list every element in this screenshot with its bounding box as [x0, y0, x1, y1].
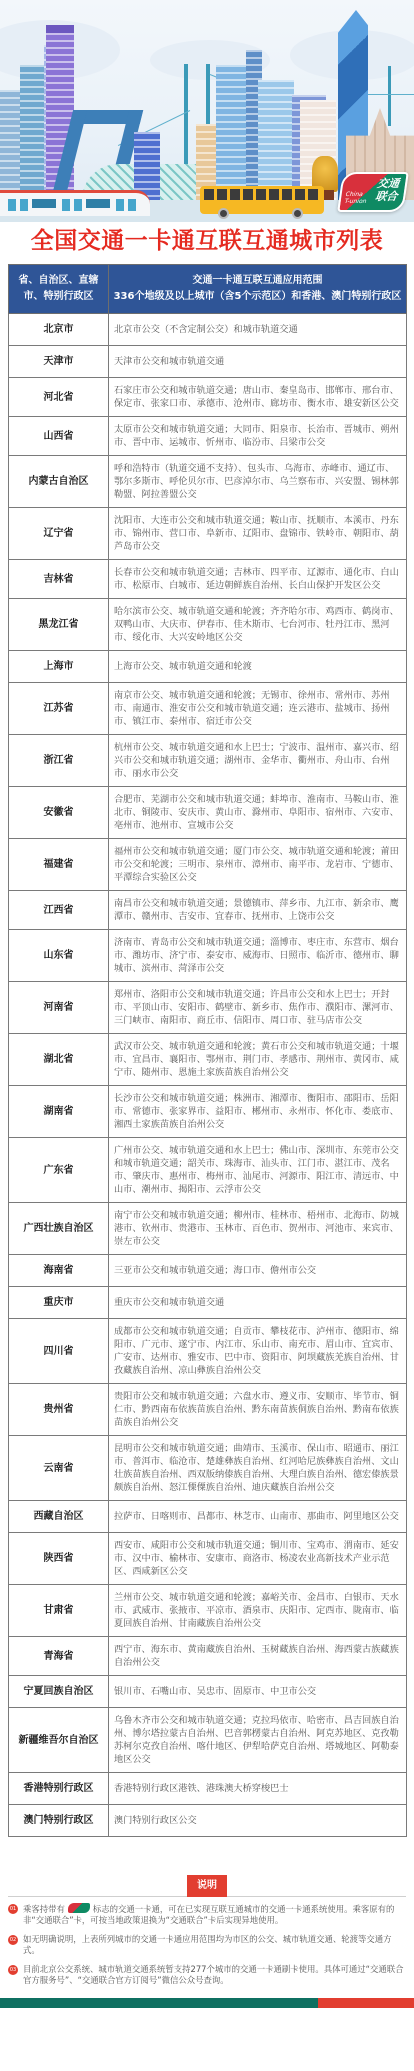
province-cell: 福建省	[9, 839, 109, 891]
logo-chinese-text: 交通 联合	[374, 177, 400, 203]
table-row: 吉林省长春市公交和城市轨道交通；吉林市、四平市、辽源市、通化市、白山市、松原市、…	[9, 560, 407, 599]
header-scope: 交通一卡通互联互通应用范围 336个地级及以上城市（含5个示范区）和香港、澳门特…	[109, 265, 407, 314]
scope-cell: 上海市公交、城市轨道交通和轮渡	[109, 651, 407, 683]
bridge-cable	[360, 94, 414, 95]
scope-cell: 合肥市、芜湖市公交和城市轨道交通；蚌埠市、淮南市、马鞍山市、淮北市、铜陵市、安庆…	[109, 787, 407, 839]
scope-cell: 南宁市公交和城市轨道交通；柳州市、桂林市、梧州市、北海市、防城港市、钦州市、贵港…	[109, 1203, 407, 1255]
province-cell: 新疆维吾尔自治区	[9, 1708, 109, 1773]
province-cell: 甘肃省	[9, 1585, 109, 1637]
scope-cell: 香港特别行政区港铁、港珠澳大桥穿梭巴士	[109, 1773, 407, 1805]
note-text: 乘客持带有标志的交通一卡通，可在已实现互联互通城市的交通一卡通系统使用。乘客原有…	[23, 1903, 406, 1926]
scope-cell: 乌鲁木齐市公交和城市轨道交通；克拉玛依市、哈密市、昌吉回族自治州、博尔塔拉蒙古自…	[109, 1708, 407, 1773]
province-cell: 澳门特别行政区	[9, 1805, 109, 1837]
table-row: 湖北省武汉市公交、城市轨道交通和轮渡；黄石市公交和城市轨道交通；十堰市、宜昌市、…	[9, 1034, 407, 1086]
scope-cell: 长沙市公交和城市轨道交通；株洲市、湘潭市、衡阳市、邵阳市、岳阳市、常德市、张家界…	[109, 1086, 407, 1138]
scope-cell: 武汉市公交、城市轨道交通和轮渡；黄石市公交和城市轨道交通；十堰市、宜昌市、襄阳市…	[109, 1034, 407, 1086]
province-cell: 天津市	[9, 346, 109, 378]
province-cell: 辽宁省	[9, 508, 109, 560]
scope-cell: 南昌市公交和城市轨道交通；景德镇市、萍乡市、九江市、新余市、鹰潭市、赣州市、吉安…	[109, 891, 407, 930]
building	[258, 80, 294, 200]
table-row: 河北省石家庄市公交和城市轨道交通；唐山市、秦皇岛市、邯郸市、邢台市、保定市、张家…	[9, 378, 407, 417]
table-row: 贵州省贵阳市公交和城市轨道交通；六盘水市、遵义市、安顺市、毕节市、铜仁市、黔西南…	[9, 1384, 407, 1436]
scope-cell: 南京市公交、城市轨道交通和轮渡；无锡市、徐州市、常州市、苏州市、南通市、淮安市公…	[109, 683, 407, 735]
note-item: 02 如无明确说明，上表所列城市的交通一卡通应用范围均为市区的公交、城市轨道交通…	[8, 1934, 406, 1956]
logo-english-text: China T-union	[344, 191, 368, 205]
table-row: 山西省太原市公交和城市轨道交通；大同市、阳泉市、长治市、晋城市、朔州市、晋中市、…	[9, 417, 407, 456]
scope-cell: 石家庄市公交和城市轨道交通；唐山市、秦皇岛市、邯郸市、邢台市、保定市、张家口市、…	[109, 378, 407, 417]
scope-cell: 昆明市公交和城市轨道交通；曲靖市、玉溪市、保山市、昭通市、丽江市、普洱市、临沧市…	[109, 1436, 407, 1501]
table-row: 广东省广州市公交、城市轨道交通和水上巴士；佛山市、深圳市、东莞市公交和城市轨道交…	[9, 1138, 407, 1203]
province-cell: 江西省	[9, 891, 109, 930]
bullet-number-icon: 02	[8, 1935, 18, 1945]
note-item: 01 乘客持带有标志的交通一卡通，可在已实现互联互通城市的交通一卡通系统使用。乘…	[8, 1903, 406, 1926]
scope-cell: 广州市公交、城市轨道交通和水上巴士；佛山市、深圳市、东莞市公交和城市轨道交通；韶…	[109, 1138, 407, 1203]
scope-cell: 拉萨市、日喀则市、昌都市、林芝市、山南市、那曲市、阿里地区公交	[109, 1501, 407, 1533]
table-row: 澳门特别行政区澳门特别行政区公交	[9, 1805, 407, 1837]
scope-cell: 贵阳市公交和城市轨道交通；六盘水市、遵义市、安顺市、毕节市、铜仁市、黔西南布依族…	[109, 1384, 407, 1436]
building	[0, 90, 22, 200]
table-row: 香港特别行政区香港特别行政区港铁、港珠澳大桥穿梭巴士	[9, 1773, 407, 1805]
table-row: 福建省福州市公交和城市轨道交通；厦门市公交、城市轨道交通和轮渡；莆田市公交和轮渡…	[9, 839, 407, 891]
table-row: 内蒙古自治区呼和浩特市（轨道交通不支持）、包头市、乌海市、赤峰市、通辽市、鄂尔多…	[9, 456, 407, 508]
footer-color-bar	[0, 1998, 414, 2008]
table-row: 青海省西宁市、海东市、黄南藏族自治州、玉树藏族自治州、海西蒙古族藏族自治州公交	[9, 1637, 407, 1676]
table-row: 天津市天津市公交和城市轨道交通	[9, 346, 407, 378]
scope-cell: 杭州市公交、城市轨道交通和水上巴士；宁波市、温州市、嘉兴市、绍兴市公交和城市轨道…	[109, 735, 407, 787]
table-row: 重庆市重庆市公交和城市轨道交通	[9, 1287, 407, 1319]
province-cell: 湖南省	[9, 1086, 109, 1138]
table-row: 陕西省西安市、咸阳市公交和城市轨道交通；铜川市、宝鸡市、渭南市、延安市、汉中市、…	[9, 1533, 407, 1585]
table-row: 河南省郑州市、洛阳市公交和城市轨道交通；许昌市公交和水上巴士；开封市、平顶山市、…	[9, 982, 407, 1034]
province-cell: 湖北省	[9, 1034, 109, 1086]
scope-cell: 太原市公交和城市轨道交通；大同市、阳泉市、长治市、晋城市、朔州市、晋中市、运城市…	[109, 417, 407, 456]
scope-cell: 郑州市、洛阳市公交和城市轨道交通；许昌市公交和水上巴士；开封市、平顶山市、安阳市…	[109, 982, 407, 1034]
province-cell: 青海省	[9, 1637, 109, 1676]
table-row: 海南省三亚市公交和城市轨道交通；海口市、儋州市公交	[9, 1255, 407, 1287]
province-cell: 四川省	[9, 1319, 109, 1384]
province-cell: 广西壮族自治区	[9, 1203, 109, 1255]
province-cell: 上海市	[9, 651, 109, 683]
province-cell: 广东省	[9, 1138, 109, 1203]
province-cell: 河南省	[9, 982, 109, 1034]
province-cell: 黑龙江省	[9, 599, 109, 651]
page-title: 全国交通一卡通互联互通城市列表	[0, 224, 414, 258]
province-cell: 海南省	[9, 1255, 109, 1287]
table-row: 甘肃省兰州市公交、城市轨道交通和轮渡；嘉峪关市、金昌市、白银市、天水市、武威市、…	[9, 1585, 407, 1637]
province-cell: 安徽省	[9, 787, 109, 839]
note-text: 目前北京公交系统、城市轨道交通系统暂支持277个城市的交通一卡通刷卡使用。具体可…	[23, 1964, 406, 1986]
footer-bar-green	[0, 1998, 318, 2008]
scope-cell: 重庆市公交和城市轨道交通	[109, 1287, 407, 1319]
scope-cell: 银川市、石嘴山市、吴忠市、固原市、中卫市公交	[109, 1676, 407, 1708]
table-row: 宁夏回族自治区银川市、石嘴山市、吴忠市、固原市、中卫市公交	[9, 1676, 407, 1708]
scope-cell: 三亚市公交和城市轨道交通；海口市、儋州市公交	[109, 1255, 407, 1287]
scope-cell: 天津市公交和城市轨道交通	[109, 346, 407, 378]
table-header-row: 省、自治区、直辖市、特别行政区 交通一卡通互联互通应用范围 336个地级及以上城…	[9, 265, 407, 314]
t-union-logo: 交通 联合 China T-union	[337, 172, 409, 212]
table-row: 江苏省南京市公交、城市轨道交通和轮渡；无锡市、徐州市、常州市、苏州市、南通市、淮…	[9, 683, 407, 735]
table-row: 黑龙江省哈尔滨市公交、城市轨道交通和轮渡；齐齐哈尔市、鸡西市、鹤岗市、双鸭山市、…	[9, 599, 407, 651]
bus-illustration	[200, 186, 324, 214]
bridge-tower	[388, 66, 391, 126]
scope-cell: 兰州市公交、城市轨道交通和轮渡；嘉峪关市、金昌市、白银市、天水市、武威市、张掖市…	[109, 1585, 407, 1637]
table-row: 上海市上海市公交、城市轨道交通和轮渡	[9, 651, 407, 683]
table-body: 北京市北京市公交（不含定制公交）和城市轨道交通天津市天津市公交和城市轨道交通河北…	[9, 314, 407, 1837]
header-scope-title: 交通一卡通互联互通应用范围	[113, 273, 402, 289]
table-row: 北京市北京市公交（不含定制公交）和城市轨道交通	[9, 314, 407, 346]
province-cell: 陕西省	[9, 1533, 109, 1585]
table-row: 新疆维吾尔自治区乌鲁木齐市公交和城市轨道交通；克拉玛依市、哈密市、昌吉回族自治州…	[9, 1708, 407, 1773]
province-cell: 浙江省	[9, 735, 109, 787]
province-cell: 西藏自治区	[9, 1501, 109, 1533]
city-table: 省、自治区、直辖市、特别行政区 交通一卡通互联互通应用范围 336个地级及以上城…	[8, 264, 407, 1837]
province-cell: 贵州省	[9, 1384, 109, 1436]
scope-cell: 西安市、咸阳市公交和城市轨道交通；铜川市、宝鸡市、渭南市、延安市、汉中市、榆林市…	[109, 1533, 407, 1585]
province-cell: 江苏省	[9, 683, 109, 735]
notes-heading: 说明	[187, 1875, 227, 1897]
building	[216, 65, 250, 200]
province-cell: 云南省	[9, 1436, 109, 1501]
table-row: 山东省济南市、青岛市公交和城市轨道交通；淄博市、枣庄市、东营市、烟台市、潍坊市、…	[9, 930, 407, 982]
footer-bar-red	[318, 1998, 414, 2008]
province-cell: 内蒙古自治区	[9, 456, 109, 508]
table-row: 江西省南昌市公交和城市轨道交通；景德镇市、萍乡市、九江市、新余市、鹰潭市、赣州市…	[9, 891, 407, 930]
table-row: 安徽省合肥市、芜湖市公交和城市轨道交通；蚌埠市、淮南市、马鞍山市、淮北市、铜陵市…	[9, 787, 407, 839]
header-province: 省、自治区、直辖市、特别行政区	[9, 265, 109, 314]
table-row: 辽宁省沈阳市、大连市公交和城市轨道交通；鞍山市、抚顺市、本溪市、丹东市、锦州市、…	[9, 508, 407, 560]
province-cell: 重庆市	[9, 1287, 109, 1319]
province-cell: 河北省	[9, 378, 109, 417]
city-table-container: 省、自治区、直辖市、特别行政区 交通一卡通互联互通应用范围 336个地级及以上城…	[0, 264, 414, 1837]
bullet-number-icon: 01	[8, 1904, 18, 1914]
province-cell: 吉林省	[9, 560, 109, 599]
t-union-mini-logo-icon	[68, 1903, 90, 1913]
scope-cell: 沈阳市、大连市公交和城市轨道交通；鞍山市、抚顺市、本溪市、丹东市、锦州市、营口市…	[109, 508, 407, 560]
bullet-number-icon: 03	[8, 1965, 18, 1975]
scope-cell: 长春市公交和城市轨道交通；吉林市、四平市、辽源市、通化市、白山市、松原市、白城市…	[109, 560, 407, 599]
scope-cell: 北京市公交（不含定制公交）和城市轨道交通	[109, 314, 407, 346]
note-item: 03 目前北京公交系统、城市轨道交通系统暂支持277个城市的交通一卡通刷卡使用。…	[8, 1964, 406, 1986]
province-cell: 北京市	[9, 314, 109, 346]
table-row: 西藏自治区拉萨市、日喀则市、昌都市、林芝市、山南市、那曲市、阿里地区公交	[9, 1501, 407, 1533]
scope-cell: 济南市、青岛市公交和城市轨道交通；淄博市、枣庄市、东营市、烟台市、潍坊市、济宁市…	[109, 930, 407, 982]
province-cell: 香港特别行政区	[9, 1773, 109, 1805]
province-cell: 宁夏回族自治区	[9, 1676, 109, 1708]
notes-header: 说明	[8, 1875, 406, 1897]
province-cell: 山东省	[9, 930, 109, 982]
train-illustration	[0, 190, 150, 216]
table-row: 四川省成都市公交和城市轨道交通；自贡市、攀枝花市、泸州市、德阳市、绵阳市、广元市…	[9, 1319, 407, 1384]
table-row: 湖南省长沙市公交和城市轨道交通；株洲市、湘潭市、衡阳市、邵阳市、岳阳市、常德市、…	[9, 1086, 407, 1138]
header-scope-subtitle: 336个地级及以上城市（含5个示范区）和香港、澳门特别行政区	[113, 289, 402, 305]
notes-section: 说明 01 乘客持带有标志的交通一卡通，可在已实现互联互通城市的交通一卡通系统使…	[0, 1875, 414, 1986]
scope-cell: 呼和浩特市（轨道交通不支持）、包头市、乌海市、赤峰市、通辽市、鄂尔多斯市、呼伦贝…	[109, 456, 407, 508]
province-cell: 山西省	[9, 417, 109, 456]
scope-cell: 澳门特别行政区公交	[109, 1805, 407, 1837]
scope-cell: 成都市公交和城市轨道交通；自贡市、攀枝花市、泸州市、德阳市、绵阳市、广元市、遂宁…	[109, 1319, 407, 1384]
table-row: 广西壮族自治区南宁市公交和城市轨道交通；柳州市、桂林市、梧州市、北海市、防城港市…	[9, 1203, 407, 1255]
banner-illustration: 交通 联合 China T-union	[0, 0, 414, 222]
table-row: 浙江省杭州市公交、城市轨道交通和水上巴士；宁波市、温州市、嘉兴市、绍兴市公交和城…	[9, 735, 407, 787]
scope-cell: 福州市公交和城市轨道交通；厦门市公交、城市轨道交通和轮渡；莆田市公交和轮渡；三明…	[109, 839, 407, 891]
scope-cell: 哈尔滨市公交、城市轨道交通和轮渡；齐齐哈尔市、鸡西市、鹤岗市、双鸭山市、大庆市、…	[109, 599, 407, 651]
table-row: 云南省昆明市公交和城市轨道交通；曲靖市、玉溪市、保山市、昭通市、丽江市、普洱市、…	[9, 1436, 407, 1501]
note-text: 如无明确说明，上表所列城市的交通一卡通应用范围均为市区的公交、城市轨道交通、轮渡…	[23, 1934, 406, 1956]
scope-cell: 西宁市、海东市、黄南藏族自治州、玉树藏族自治州、海西蒙古族藏族自治州公交	[109, 1637, 407, 1676]
